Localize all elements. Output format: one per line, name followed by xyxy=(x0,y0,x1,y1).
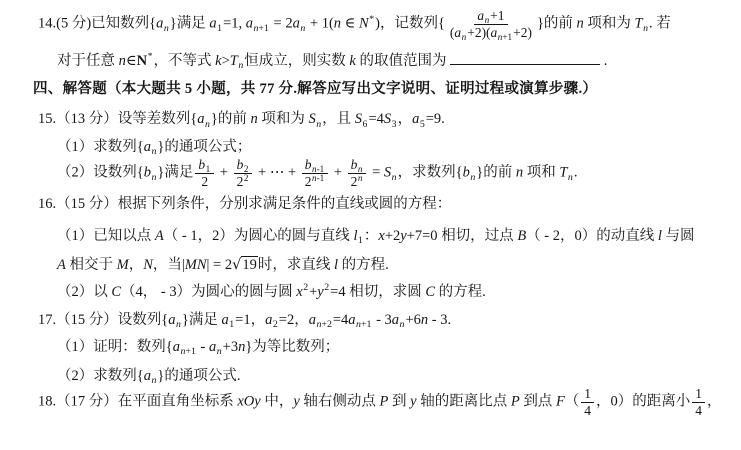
denominator: 22 xyxy=(234,174,253,190)
square-root: √19 xyxy=(232,256,258,273)
text-run: （2）求数列{ xyxy=(57,368,144,384)
problem-17-part-2: （2）求数列{an}的通项公式. xyxy=(57,366,725,386)
denominator: 2 xyxy=(198,174,211,190)
text-run: }的前 xyxy=(537,16,577,32)
text-run: ，求数列{ xyxy=(398,165,463,181)
math-italic: A xyxy=(155,228,164,244)
math-italic: N xyxy=(359,16,369,32)
text-run: }的前 xyxy=(211,111,251,127)
numerator: an+1 xyxy=(474,8,507,25)
text-run: 16.（15 分）根据下列条件，分别求满足条件的直线或圆的方程： xyxy=(38,196,451,212)
fraction: an+1(an+2)(an+1+2) xyxy=(447,8,535,41)
math-roman: ∈ xyxy=(126,53,137,69)
math-roman: =4 xyxy=(330,284,345,300)
text-run: （1）求数列{ xyxy=(57,139,144,155)
math-roman: +7=0 xyxy=(407,228,438,244)
fraction: 14 xyxy=(692,386,705,419)
math-italic: a xyxy=(209,16,216,32)
math-italic: l xyxy=(353,228,357,244)
text-run: 轴右侧动点 xyxy=(300,394,380,410)
math-italic: n xyxy=(516,165,523,181)
problem-16-part-2: （2）以 C（4， - 3）为圆心的圆与圆 x2+y2=4 相切，求圆 C 的方… xyxy=(57,282,725,302)
math-roman: =9. xyxy=(426,111,445,127)
denominator: 2n-1 xyxy=(302,174,328,190)
fraction: b12 xyxy=(195,157,214,190)
math-italic: y xyxy=(317,284,323,300)
math-italic: a xyxy=(491,25,498,40)
text-run: ， xyxy=(129,257,144,273)
math-roman: = xyxy=(368,165,383,181)
text-run: 轴的距离比点 xyxy=(417,394,511,410)
math-italic: B xyxy=(517,228,526,244)
math-roman: - 3. xyxy=(428,312,451,328)
text-run: 与圆 xyxy=(662,228,695,244)
denominator: (an+2)(an+1+2) xyxy=(447,25,535,41)
text-run: ，当| xyxy=(153,257,185,273)
math-roman: + 1( xyxy=(306,16,334,32)
problem-14-statement-line-1: 14.(5 分)已知数列{an}满足 a1=1, an+1 = 2an + 1(… xyxy=(38,8,725,41)
math-italic: a xyxy=(144,368,151,384)
math-italic: a xyxy=(144,139,151,155)
math-roman: = 2 xyxy=(270,16,293,32)
text-run: 的方程. xyxy=(338,257,389,273)
math-roman: 2 xyxy=(351,174,358,189)
text-run: ， xyxy=(251,312,266,328)
math-italic: a xyxy=(392,312,399,328)
math-roman: =1, xyxy=(223,16,246,32)
text-run: }满足 xyxy=(182,312,222,328)
math-roman: =1 xyxy=(235,312,250,328)
fraction: b222 xyxy=(234,157,253,190)
math-italic: a xyxy=(173,339,180,355)
text-run: ，记数列{ xyxy=(380,16,445,32)
text-run: ， xyxy=(294,312,309,328)
text-run: }的通项公式. xyxy=(157,368,240,384)
text-run: （1）已知以点 xyxy=(57,228,155,244)
text-run: 相交于 xyxy=(66,257,117,273)
math-roman: | = 2 xyxy=(207,257,233,273)
math-italic: b xyxy=(305,157,312,172)
text-run: （ xyxy=(565,394,580,410)
problem-16-part-1-line-2: A 相交于 M，N，当|MN| = 2√19时，求直线 l 的方程. xyxy=(57,255,725,275)
fraction: bn-12n-1 xyxy=(302,157,328,190)
text-run: 的取值范围为 xyxy=(356,53,450,69)
math-italic: b xyxy=(351,157,358,172)
math-italic: C xyxy=(425,284,435,300)
math-roman: 2 xyxy=(201,174,208,189)
text-run: 17.（15 分）设数列{ xyxy=(38,312,168,328)
text-run: 项和为 xyxy=(258,111,309,127)
text-run: 到点 xyxy=(520,394,556,410)
text-run: }的通项公式； xyxy=(157,139,251,155)
math-roman: 2 xyxy=(237,174,244,189)
text-run: 对于任意 xyxy=(57,53,119,69)
math-italic: n xyxy=(119,53,126,69)
math-roman: =2 xyxy=(279,312,294,328)
denominator: 4 xyxy=(581,403,594,419)
math-italic: S xyxy=(355,111,362,127)
math-roman: + xyxy=(330,165,345,181)
math-roman: - 3 xyxy=(372,312,391,328)
math-italic: b xyxy=(237,157,244,172)
math-roman: +3 xyxy=(223,339,238,355)
text-run: 中， xyxy=(261,394,294,410)
numerator: bn xyxy=(348,157,367,174)
text-run: ，0）的距离小 xyxy=(596,394,690,410)
math-roman: 1 xyxy=(695,386,702,401)
text-run: ，且 xyxy=(322,111,355,127)
math-roman: + xyxy=(216,165,231,181)
text-run: 时，求直线 xyxy=(258,257,334,273)
text-run: （2）设数列{ xyxy=(57,165,144,181)
math-italic: xOy xyxy=(237,394,260,410)
math-italic: a xyxy=(246,16,253,32)
fraction: 14 xyxy=(581,386,594,419)
text-run: ： xyxy=(364,228,379,244)
text-run: . xyxy=(600,53,607,69)
math-italic: a xyxy=(477,8,484,23)
math-roman: 1 xyxy=(584,386,591,401)
math-bold: N xyxy=(137,53,147,69)
fraction: bn2n xyxy=(348,157,367,190)
math-italic: b xyxy=(463,165,470,181)
radical-sign: √ xyxy=(232,257,241,273)
math-italic: T xyxy=(230,53,238,69)
math-italic: P xyxy=(511,394,520,410)
text-run: }为等比数列； xyxy=(245,339,339,355)
numerator: 1 xyxy=(581,386,594,403)
problem-17-part-1: （1）证明：数列{an+1 - an+3n}为等比数列； xyxy=(57,337,725,357)
math-italic: a xyxy=(412,111,419,127)
text-run: 14.(5 分)已知数列{ xyxy=(38,16,156,32)
math-italic: b xyxy=(198,157,205,172)
math-italic: b xyxy=(144,165,151,181)
text-run: （ - 2，0）的动直线 xyxy=(526,228,658,244)
math-roman: + ⋯ + xyxy=(254,165,299,181)
math-italic: M xyxy=(117,257,129,273)
math-italic: x xyxy=(296,284,302,300)
math-italic: n xyxy=(334,16,341,32)
numerator: b1 xyxy=(195,157,214,174)
text-run: （4， - 3）为圆心的圆与圆 xyxy=(121,284,296,300)
text-run: 到 xyxy=(388,394,410,410)
math-roman: +1 xyxy=(490,8,504,23)
exam-document: 14.(5 分)已知数列{an}满足 a1=1, an+1 = 2an + 1(… xyxy=(0,0,741,419)
text-run: 相切，求圆 xyxy=(346,284,426,300)
problem-14-statement-line-2: 对于任意 n∈N*，不等式 k>Tn恒成立，则实数 k 的取值范围为 . xyxy=(57,51,725,71)
math-italic: S xyxy=(308,111,315,127)
math-roman: 4 xyxy=(584,403,591,418)
math-roman: +2 xyxy=(385,228,400,244)
text-run: ， xyxy=(398,111,413,127)
problem-16-part-1-line-1: （1）已知以点 A（ - 1，2）为圆心的圆与直线 l1：x+2y+7=0 相切… xyxy=(57,226,725,246)
math-roman: +2)( xyxy=(467,25,490,40)
math-italic: C xyxy=(111,284,121,300)
math-italic: a xyxy=(221,312,228,328)
text-run: 18.（17 分）在平面直角坐标系 xyxy=(38,394,237,410)
math-roman: 19 xyxy=(242,257,257,273)
math-roman: ∈ xyxy=(341,16,359,32)
problem-15-statement: 15.（13 分）设等差数列{an}的前 n 项和为 Sn，且 S6=4S3，a… xyxy=(38,109,725,129)
problem-15-part-2: （2）设数列{bn}满足b12 + b222 + ⋯ + bn-12n-1 + … xyxy=(57,157,725,190)
math-roman: > xyxy=(222,53,230,69)
math-italic: n xyxy=(577,16,584,32)
text-run: ，不等式 xyxy=(154,53,216,69)
radicand: 19 xyxy=(241,256,258,273)
denominator: 2n xyxy=(348,174,367,190)
math-italic: a xyxy=(454,25,461,40)
math-roman: 4 xyxy=(695,403,702,418)
math-italic: a xyxy=(197,111,204,127)
math-italic: A xyxy=(57,257,66,273)
math-roman: - xyxy=(197,339,209,355)
text-run: 的方程. xyxy=(435,284,486,300)
math-italic: S xyxy=(384,111,391,127)
text-run: 恒成立，则实数 xyxy=(244,53,349,69)
text-run: 四、解答题（本大题共 5 小题，共 77 分.解答应写出文字说明、证明过程或演算… xyxy=(33,81,597,97)
problem-17-statement: 17.（15 分）设数列{an}满足 a1=1，a2=2，an+2=4an+1 … xyxy=(38,310,725,330)
text-run: （2）以 xyxy=(57,284,111,300)
text-run: ， xyxy=(707,394,722,410)
numerator: bn-1 xyxy=(302,157,328,174)
text-run: 相切，过点 xyxy=(438,228,518,244)
math-italic: n xyxy=(250,111,257,127)
problem-16-statement: 16.（15 分）根据下列条件，分别求满足条件的直线或圆的方程： xyxy=(38,194,725,214)
numerator: b2 xyxy=(234,157,253,174)
text-run: （1）证明：数列{ xyxy=(57,339,173,355)
math-roman: 2 xyxy=(305,174,312,189)
text-run: }满足 xyxy=(170,16,210,32)
math-roman: =4 xyxy=(368,111,383,127)
math-italic: a xyxy=(265,312,272,328)
text-run: . 若 xyxy=(649,16,671,32)
numerator: 1 xyxy=(692,386,705,403)
math-italic: MN xyxy=(185,257,207,273)
math-italic: a xyxy=(293,16,300,32)
text-run: . xyxy=(574,165,578,181)
problem-15-part-1: （1）求数列{an}的通项公式； xyxy=(57,137,725,157)
answer-blank xyxy=(450,51,600,65)
math-italic: T xyxy=(559,165,567,181)
text-run: 15.（13 分）设等差数列{ xyxy=(38,111,197,127)
section-4-header: 四、解答题（本大题共 5 小题，共 77 分.解答应写出文字说明、证明过程或演算… xyxy=(33,79,725,99)
text-run: }满足 xyxy=(157,165,193,181)
math-italic: N xyxy=(143,257,153,273)
problem-18-statement: 18.（17 分）在平面直角坐标系 xOy 中，y 轴右侧动点 P 到 y 轴的… xyxy=(38,386,725,419)
math-italic: a xyxy=(168,312,175,328)
text-run: （ - 1，2）为圆心的圆与直线 xyxy=(164,228,354,244)
math-italic: S xyxy=(384,165,391,181)
text-run: }的前 xyxy=(476,165,516,181)
denominator: 4 xyxy=(692,403,705,419)
text-run: 项和 xyxy=(523,165,559,181)
math-italic: a xyxy=(156,16,163,32)
math-italic: F xyxy=(556,394,565,410)
math-italic: a xyxy=(209,339,216,355)
math-roman: +2) xyxy=(513,25,532,40)
math-italic: a xyxy=(348,312,355,328)
math-roman: =4 xyxy=(333,312,348,328)
math-roman: +6 xyxy=(405,312,420,328)
math-italic: a xyxy=(309,312,316,328)
text-run: 项和为 xyxy=(584,16,635,32)
math-italic: T xyxy=(635,16,643,32)
